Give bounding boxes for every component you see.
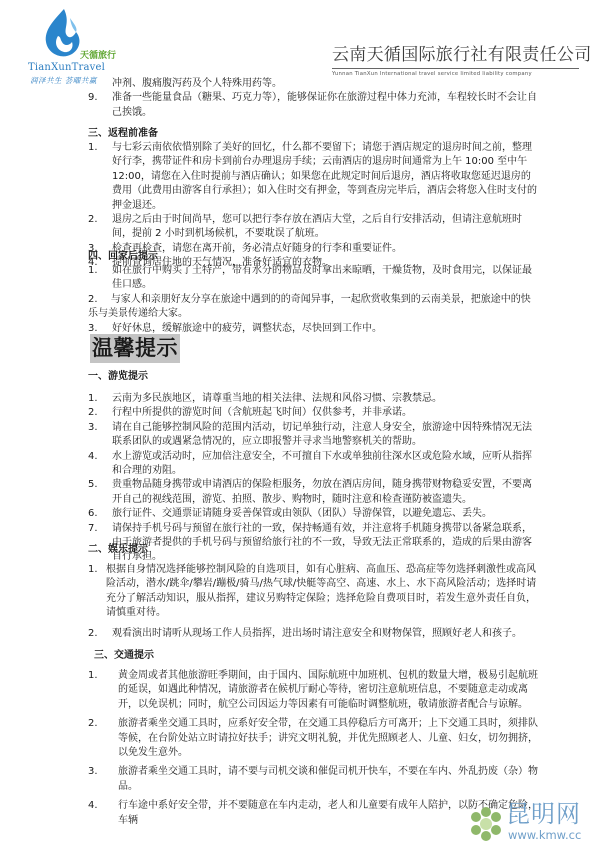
- list-item: 1. 云南为多民族地区，请尊重当地的相关法律、法规和风俗习惯、宗教禁忌。: [88, 392, 540, 406]
- logo-slogan: 润泽共生 荟曜共赢: [30, 75, 97, 86]
- item-text: 贵重物品随身携带或申请酒店的保险柜服务，勿放在酒店房间，随身携带财物稳妥安置，不…: [112, 479, 532, 504]
- list-item: 4. 水上游览或活动时，应加倍注意安全，不可擅自下水或单独前往深水区或危险水域，…: [88, 450, 540, 479]
- item-text: 水上游览或活动时，应加倍注意安全，不可擅自下水或单独前往深水区或危险水域，应听从…: [112, 451, 532, 476]
- list-item: 2. 退房之后由于时间尚早，您可以把行李存放在酒店大堂，之后自行安排活动，但请注…: [88, 213, 540, 242]
- item-number: 1.: [88, 563, 98, 577]
- list-item: 6. 旅行证件、交通票证请随身妥善保管或由领队（团队）导游保管，以避免遗忘、丢失…: [88, 507, 540, 521]
- item-text: 好好休息，缓解旅途中的疲劳，调整状态，尽快回到工作中。: [112, 323, 382, 334]
- item-text: 准备一些能量食品（糖果、巧克力等），能够保证你在旅游过程中体力充沛，车程较长时不…: [112, 92, 537, 117]
- section-heading: 三、交通提示: [94, 649, 540, 663]
- section-heading: 一、游览提示: [88, 370, 540, 384]
- section-entertainment: 二、娱乐提示 1. 根据自身情况选择能够控制风险的自选项目，如有心脏病、高血压、…: [88, 543, 540, 641]
- list-item: 9. 准备一些能量食品（糖果、巧克力等），能够保证你在旅游过程中体力充沛，车程较…: [88, 91, 540, 120]
- item-number: 2.: [88, 406, 98, 420]
- tianxun-logo: 天循旅行 TianXunTravel 润泽共生 荟曜共赢: [28, 8, 118, 84]
- item-number: 9.: [88, 91, 98, 105]
- document-page: 天循旅行 TianXunTravel 润泽共生 荟曜共赢 云南天循国际旅行社有限…: [0, 0, 600, 848]
- item-text: 与七彩云南依依惜别除了美好的回忆，什么都不要留下；请您于酒店规定的退房时间之前，…: [112, 142, 537, 211]
- item-number: 5.: [88, 478, 98, 492]
- section-after-home: 四、回家后提示 1. 如在旅行中购买了土特产，带有水分的物品及时拿出来晾晒，干燥…: [88, 250, 540, 336]
- list-item: 1. 黄金周或者其他旅游旺季期间，由于国内、国际航班中加班机、包机的数量大增，极…: [94, 669, 540, 712]
- list-item: 1. 根据自身情况选择能够控制风险的自选项目，如有心脏病、高血压、恐高症等勿选择…: [88, 563, 540, 621]
- list-item: 1. 如在旅行中购买了土特产，带有水分的物品及时拿出来晾晒，干燥货物，及时食用完…: [88, 264, 540, 293]
- list-item: 2. 旅游者乘坐交通工具时，应系好安全带，在交通工具停稳后方可离开；上下交通工具…: [94, 717, 540, 760]
- item-text: 请在自己能够控制风险的范围内活动，切记单独行动，注意人身安全，旅游途中因特殊情况…: [112, 422, 532, 447]
- item-number: 4.: [88, 450, 98, 464]
- tips-title: 温馨提示: [90, 334, 180, 363]
- section-heading: 三、返程前准备: [88, 127, 540, 141]
- item-text: 根据自身情况选择能够控制风险的自选项目，如有心脏病、高血压、恐高症等勿选择刺激性…: [106, 564, 536, 618]
- item-text: 冲剂、腹痛腹泻药及个人特殊用药等。: [112, 78, 282, 89]
- item-number: 2.: [88, 213, 98, 227]
- item-number: 1.: [88, 392, 98, 406]
- watermark-url: www.kmw.cc: [508, 828, 581, 842]
- item-number: 2.: [88, 627, 98, 641]
- list-item: 2. 行程中所提供的游览时间（含航班起飞时间）仅供参考，并非承诺。: [88, 406, 540, 420]
- list-item: 2. 观看演出时请听从现场工作人员指挥，进出场时请注意安全和财物保管，照顾好老人…: [88, 627, 540, 641]
- continuation-block: 冲剂、腹痛腹泻药及个人特殊用药等。 9. 准备一些能量食品（糖果、巧克力等），能…: [88, 77, 540, 120]
- company-name-cn: 云南天循国际旅行社有限责任公司: [332, 44, 584, 66]
- list-item: 3. 请在自己能够控制风险的范围内活动，切记单独行动，注意人身安全，旅游途中因特…: [88, 421, 540, 450]
- item-text: 退房之后由于时间尚早，您可以把行李存放在酒店大堂，之后自行安排活动，但请注意航班…: [112, 214, 522, 239]
- list-item: 1. 与七彩云南依依惜别除了美好的回忆，什么都不要留下；请您于酒店规定的退房时间…: [88, 141, 540, 213]
- flower-logo-icon: [468, 806, 504, 842]
- item-text: 旅游者乘坐交通工具时，请不要与司机交谈和催促司机开快车，不要在车内、外乱扔废（杂…: [118, 766, 538, 791]
- item-number: 1.: [88, 264, 98, 278]
- item-text: 旅游者乘坐交通工具时，应系好安全带，在交通工具停稳后方可离开；上下交通工具时，须…: [118, 718, 538, 758]
- item-number: 2.: [88, 717, 98, 731]
- item-text: 黄金周或者其他旅游旺季期间，由于国内、国际航班中加班机、包机的数量大增，极易引起…: [118, 670, 538, 710]
- item-number: 6.: [88, 507, 98, 521]
- item-number: 1.: [88, 669, 98, 683]
- item-text: 与家人和亲朋好友分享在旅途中遇到的的奇闻异事，一起欣赏收集到的云南美景，把旅途中…: [88, 294, 531, 319]
- company-header: 云南天循国际旅行社有限责任公司 Yunnan TianXun Internati…: [332, 44, 584, 77]
- item-number: 4.: [88, 799, 98, 813]
- logo-script-text: 天循旅行: [80, 48, 116, 61]
- item-text: 行程中所提供的游览时间（含航班起飞时间）仅供参考，并非承诺。: [112, 407, 412, 418]
- kmw-watermark: 昆明网 www.kmw.cc: [468, 800, 600, 848]
- item-number: 3.: [88, 765, 98, 779]
- item-text: 观看演出时请听从现场工作人员指挥，进出场时请注意安全和财物保管，照顾好老人和孩子…: [112, 628, 522, 639]
- item-number: 2.: [88, 294, 98, 305]
- list-item: 5. 贵重物品随身携带或申请酒店的保险柜服务，勿放在酒店房间，随身携带财物稳妥安…: [88, 478, 540, 507]
- section-heading: 二、娱乐提示: [88, 543, 540, 557]
- section-sightseeing: 一、游览提示 1. 云南为多民族地区，请尊重当地的相关法律、法规和风俗习惯、宗教…: [88, 370, 540, 565]
- item-text: 云南为多民族地区，请尊重当地的相关法律、法规和风俗习惯、宗教禁忌。: [112, 393, 442, 404]
- header-divider: [332, 68, 579, 69]
- list-item: 3. 旅游者乘坐交通工具时，请不要与司机交谈和催促司机开快车，不要在车内、外乱扔…: [94, 765, 540, 794]
- item-number: 3.: [88, 421, 98, 435]
- item-text: 旅行证件、交通票证请随身妥善保管或由领队（团队）导游保管，以避免遗忘、丢失。: [112, 508, 492, 519]
- item-number: 7.: [88, 522, 98, 536]
- item-text: 如在旅行中购买了土特产，带有水分的物品及时拿出来晾晒，干燥货物，及时食用完，以保…: [112, 265, 532, 290]
- item-number: 1.: [88, 141, 98, 155]
- watermark-site-name: 昆明网: [506, 800, 581, 828]
- logo-english-name: TianXunTravel: [28, 62, 128, 73]
- section-heading: 四、回家后提示: [88, 250, 540, 264]
- list-item: 2. 与家人和亲朋好友分享在旅途中遇到的的奇闻异事，一起欣赏收集到的云南美景，把…: [88, 293, 540, 322]
- list-item: 冲剂、腹痛腹泻药及个人特殊用药等。: [88, 77, 540, 91]
